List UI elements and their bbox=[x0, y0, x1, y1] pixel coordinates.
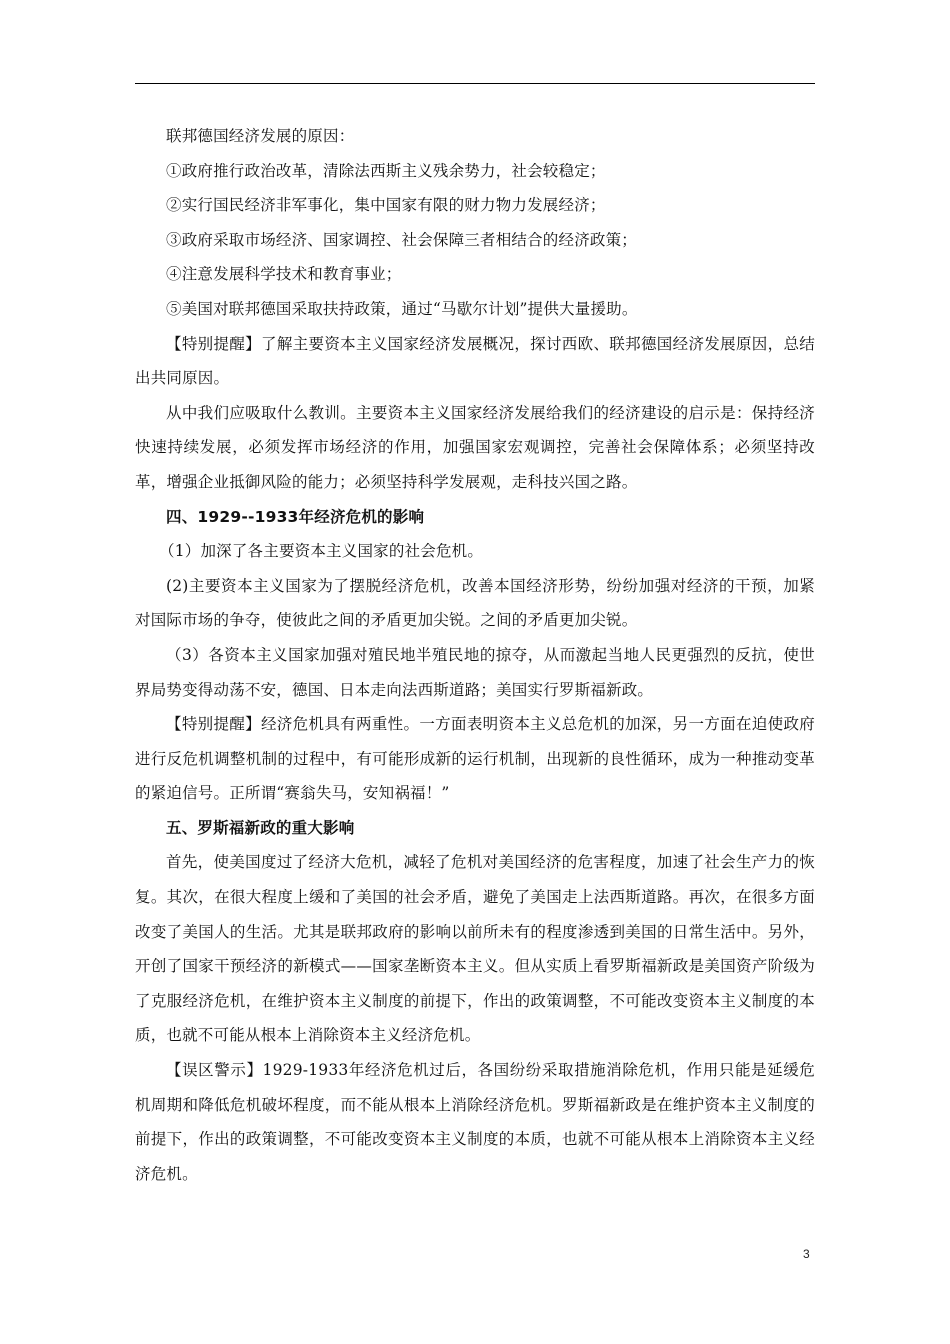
page-number: 3 bbox=[803, 1247, 810, 1261]
section-heading-5: 五、罗斯福新政的重大影响 bbox=[135, 811, 815, 846]
list-item-cause-1: ①政府推行政治改革，清除法西斯主义残余势力，社会较稳定； bbox=[135, 154, 815, 189]
paragraph-frg-causes-intro: 联邦德国经济发展的原因： bbox=[135, 119, 815, 154]
list-item-cause-2: ②实行国民经济非军事化，集中国家有限的财力物力发展经济； bbox=[135, 188, 815, 223]
misconception-warning: 【误区警示】1929-1933年经济危机过后，各国纷纷采取措施消除危机，作用只能… bbox=[135, 1053, 815, 1191]
header-rule bbox=[135, 83, 815, 84]
document-body: 联邦德国经济发展的原因： ①政府推行政治改革，清除法西斯主义残余势力，社会较稳定… bbox=[135, 119, 815, 1191]
special-reminder-1: 【特别提醒】了解主要资本主义国家经济发展概况，探讨西欧、联邦德国经济发展原因，总… bbox=[135, 327, 815, 396]
crisis-effect-2: (2)主要资本主义国家为了摆脱经济危机，改善本国经济形势，纷纷加强对经济的干预，… bbox=[135, 569, 815, 638]
crisis-effect-3: （3）各资本主义国家加强对殖民地半殖民地的掠夺，从而激起当地人民更强烈的反抗，使… bbox=[135, 638, 815, 707]
list-item-cause-5: ⑤美国对联邦德国采取扶持政策，通过“马歇尔计划”提供大量援助。 bbox=[135, 292, 815, 327]
section-heading-4: 四、1929--1933年经济危机的影响 bbox=[135, 500, 815, 535]
paragraph-lessons: 从中我们应吸取什么教训。主要资本主义国家经济发展给我们的经济建设的启示是：保持经… bbox=[135, 396, 815, 500]
paragraph-new-deal-impact: 首先，使美国度过了经济大危机，减轻了危机对美国经济的危害程度，加速了社会生产力的… bbox=[135, 845, 815, 1053]
special-reminder-2: 【特别提醒】经济危机具有两重性。一方面表明资本主义总危机的加深，另一方面在迫使政… bbox=[135, 707, 815, 811]
list-item-cause-3: ③政府采取市场经济、国家调控、社会保障三者相结合的经济政策； bbox=[135, 223, 815, 258]
list-item-cause-4: ④注意发展科学技术和教育事业； bbox=[135, 257, 815, 292]
crisis-effect-1: （1）加深了各主要资本主义国家的社会危机。 bbox=[135, 534, 815, 569]
